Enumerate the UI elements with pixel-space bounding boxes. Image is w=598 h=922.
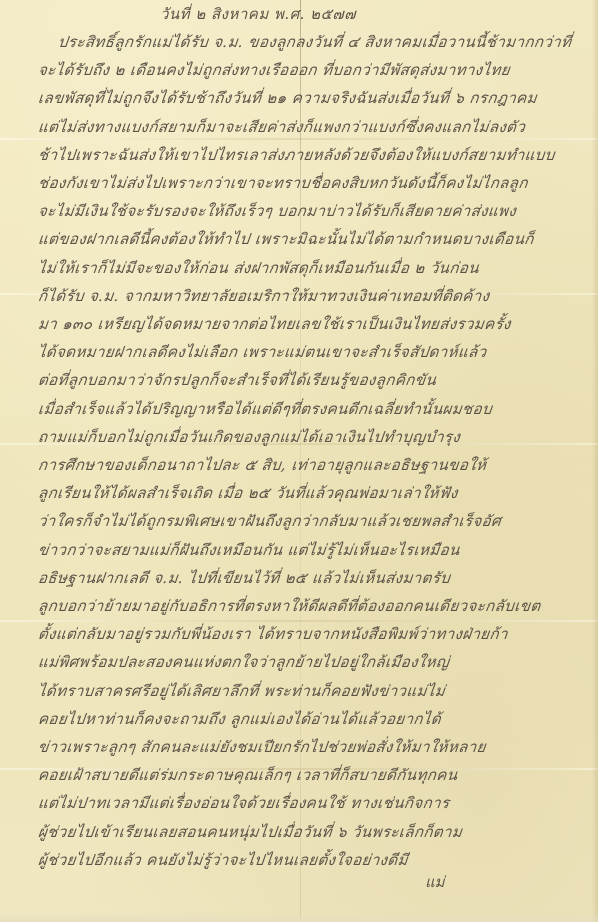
letter-line: ได้ทราบสาครศรีอยู่ได้เลิศยาลึกที่ พระท่า… (37, 679, 447, 703)
letter-line: ข่าวกว่าจะสยามแม่ก็ฝันถึงเหมือนกัน แต่ไม… (37, 538, 461, 562)
letter-line: แต่ไม่ส่งทางแบงก์สยามก็มาจะเสียค่าส่งก็แ… (37, 115, 527, 139)
letter-line: ลูกเรียนให้ได้ผลสำเร็จเถิด เมื่อ ๒๕ วันท… (37, 481, 459, 505)
letter-line: มา ๑๓๐ เหรียญได้จดหมายจากต่อไทยเลขใช้เรา… (37, 312, 512, 336)
letter-line: ลูกบอกว่าย้ายมาอยู่กับอธิการที่ตรงหาให้ด… (37, 594, 542, 618)
letter-line: เมื่อสำเร็จแล้วได้ปริญญาหรือได้แต่ดีๆที่… (37, 397, 494, 421)
letter-line: ก็ได้รับ จ.ม. จากมหาวิทยาลัยอเมริกาให้มา… (37, 284, 491, 308)
paper-bottom-edge (0, 912, 598, 922)
letter-line: ตั้งแต่กลับมาอยู่รวมกับพี่น้องเรา ได้ทรา… (37, 622, 509, 646)
letter-line: ช้าไปเพราะฉันส่งให้เขาไปไทรเลาส่งภายหลัง… (37, 143, 556, 167)
letter-line: เลขพัสดุที่ไม่ถูกจึงได้รับช้าถึงวันที่ ๒… (37, 86, 538, 110)
letter-line: ช่องกังเขาไม่ส่งไปเพราะกว่าเขาจะทราบชื่อ… (37, 171, 529, 195)
letter-line: ต่อที่ลูกบอกมาว่าจักรปลูกก็จะสำเร็จที่ได… (37, 368, 438, 392)
letter-line: แต่ของฝากเลดีนี้คงต้องให้ทำไป เพราะมิฉะน… (37, 227, 535, 251)
letter-line: ได้จดหมายฝากเลดีคงไม่เลือก เพราะแม่ตนเขา… (37, 340, 488, 364)
letter-line: ถามแม่ก็บอกไม่ถูกเมื่อวันเกิดของลูกแม่ได… (37, 425, 462, 449)
letter-line: คอยเฝ้าสบายดีแต่ร่มกระดาษคุณเล็กๆ เวลาที… (37, 763, 459, 787)
letter-line: แต่ไม่ปาทเวลามีแต่เรื่องอ่อนใจด้วยเรื่อง… (37, 791, 451, 815)
paper-edge-shadow (592, 0, 598, 922)
letter-line: ข่าวเพราะลูกๆ สักคนละแม่ยังชมเปียกรักไปช… (37, 735, 487, 759)
letter-line: ไม่ให้เราก็ไม่มีจะของให้ก่อน ส่งฝากพัสดุ… (37, 256, 481, 280)
letter-page: วันที่ ๒ สิงหาคม พ.ศ. ๒๕๗๗ ประสิทธิ์ลูกร… (0, 0, 598, 922)
letter-line: ผู้ช่วยไปอีกแล้ว คนยังไม่รู้ว่าจะไปไหนเล… (37, 848, 409, 872)
letter-line: แม่พิศพร้อมปละสองคนแห่งตกใจว่าลูกย้ายไปอ… (37, 650, 451, 674)
signature: แม่ (425, 870, 445, 894)
letter-line: ว่าใครก็จำไม่ได้ถูกรมพิเศษเขาฝันถึงลูกว่… (37, 509, 503, 533)
letter-date: วันที่ ๒ สิงหาคม พ.ศ. ๒๕๗๗ (160, 2, 356, 26)
letter-line: จะไม่มีเงินใช้จะรับรองจะให้ถึงเร็วๆ บอกม… (37, 199, 518, 223)
letter-line: คอยไปหาท่านก็คงจะถามถึง ลูกแม่เองได้อ่าน… (37, 707, 443, 731)
letter-line: ประสิทธิ์ลูกรักแม่ได้รับ จ.ม. ของลูกลงวั… (57, 30, 573, 54)
letter-line: จะได้รับถึง ๒ เดือนคงไม่ถูกส่งทางเรือออก… (37, 58, 512, 82)
letter-line: การศึกษาของเด็กอนาถาไปละ ๕ สิบ, เท่าอายุ… (37, 453, 488, 477)
letter-line: ผู้ช่วยไปเข้าเรียนเลยสอนคนหนุ่มไปเมื่อวั… (37, 820, 464, 844)
letter-line: อธิษฐานฝากเลดี จ.ม. ไปที่เขียนไว้ที่ ๒๕ … (37, 566, 452, 590)
